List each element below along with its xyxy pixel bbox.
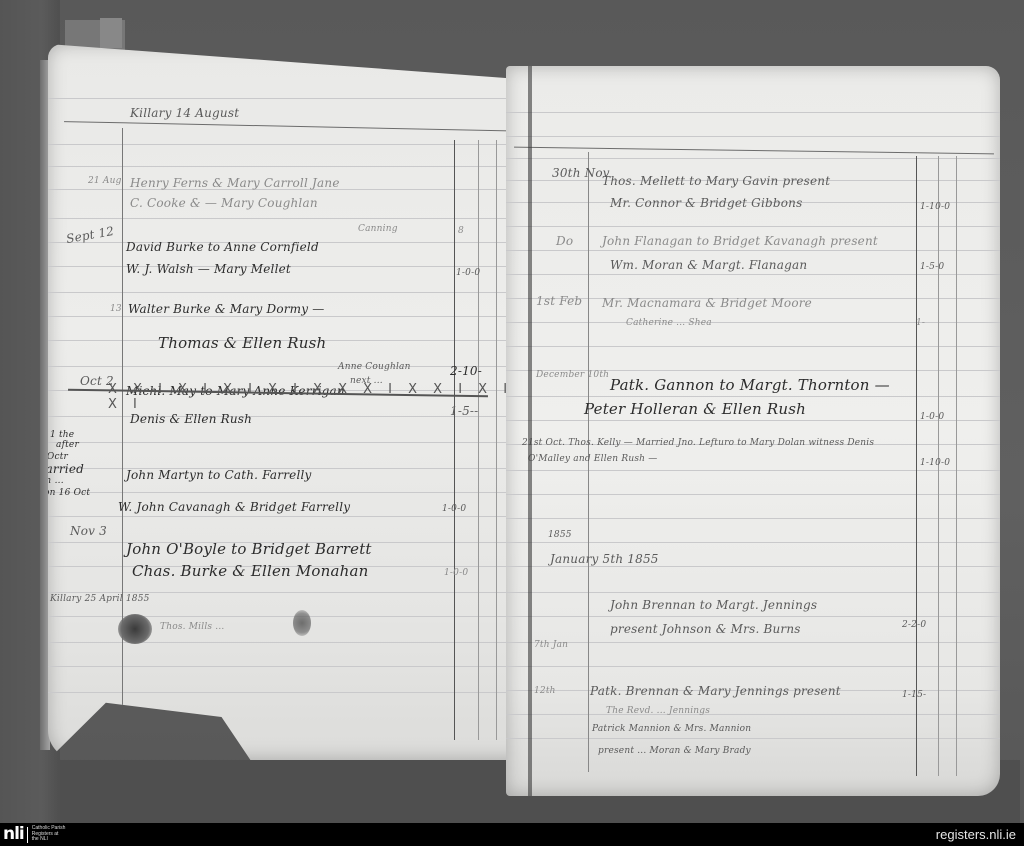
left-page: Killary 14 August 21 Aug Henry Ferns & M…: [48, 44, 530, 760]
nli-logo-mark: nli: [3, 826, 24, 843]
right-page: 30th Nov Thos. Mellett to Mary Gavin pre…: [506, 66, 1000, 796]
logo-caption-line: the NLI: [32, 836, 48, 842]
logo-divider: [27, 827, 28, 843]
book-gutter: [528, 66, 532, 796]
nli-logo[interactable]: nli Catholic Parish Registers at the NLI: [3, 826, 72, 843]
ink-stain: [293, 610, 311, 636]
book-tab: [100, 18, 122, 48]
ink-stain: [118, 614, 152, 644]
page-header: Killary 14 August: [130, 106, 239, 120]
logo-caption: Catholic Parish Registers at the NLI: [32, 826, 72, 843]
scan-image: Killary 14 August 21 Aug Henry Ferns & M…: [0, 0, 1024, 823]
viewer-footer: nli Catholic Parish Registers at the NLI…: [0, 823, 1024, 846]
site-link[interactable]: registers.nli.ie: [936, 827, 1016, 842]
